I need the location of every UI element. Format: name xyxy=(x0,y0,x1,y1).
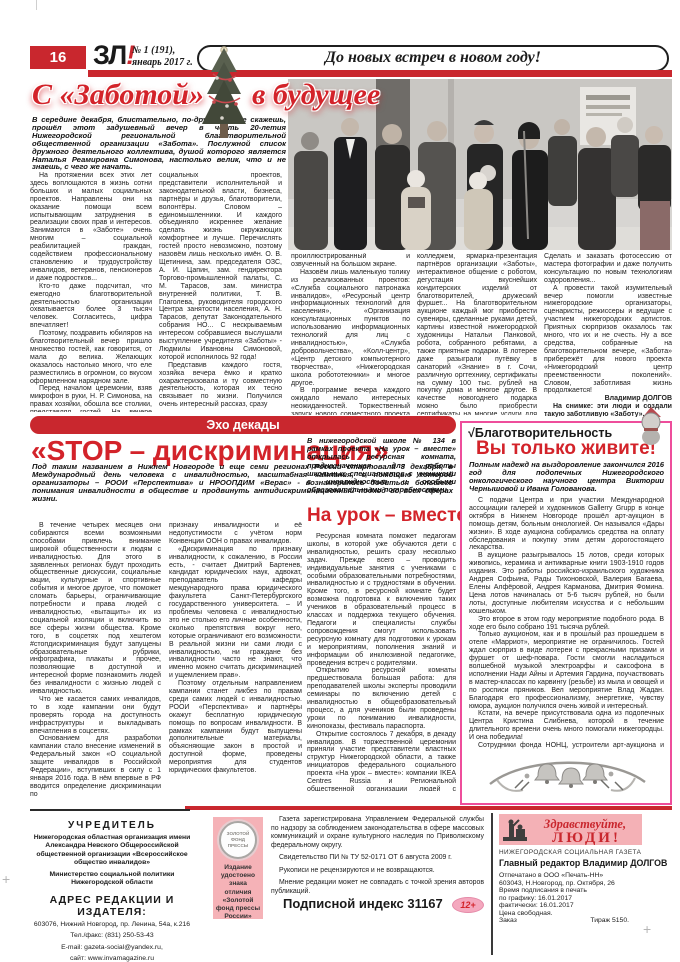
crop-mark: + xyxy=(2,872,10,886)
statue-icon xyxy=(502,817,528,842)
christmas-tree-icon xyxy=(200,44,248,146)
section-echo-banner: Эхо декады xyxy=(30,416,456,434)
article-urok-intro: В нижегородской школе № 134 в рамках про… xyxy=(307,437,456,494)
founder-block: УЧРЕДИТЕЛЬ Нижегородская областная орган… xyxy=(28,820,196,962)
header-banner: До новых встреч в новом году! xyxy=(197,45,669,72)
logo-accent: ! xyxy=(613,830,618,846)
article-zabota-title-part1: С «Заботой» xyxy=(32,80,204,110)
gold-press-badge: ЗОЛОТОЙ ФОНД ПРЕССЫ Издание удостоено зн… xyxy=(213,817,263,919)
manuscripts-text: Рукописи не рецензируются и не возвращаю… xyxy=(271,867,484,876)
article-urok-title: На урок – вместе xyxy=(307,506,467,525)
logo-line2: ЛЮДИ xyxy=(552,830,613,846)
header-rule xyxy=(88,70,672,77)
age-badge: 12+ xyxy=(452,897,484,913)
gold-press-badge-circle: ЗОЛОТОЙ ФОНД ПРЕССЫ xyxy=(219,821,257,859)
newspaper-tagline: НИЖЕГОРОДСКАЯ СОЦИАЛЬНАЯ ГАЗЕТА xyxy=(499,849,649,856)
article-zhivite-body: С подачи Центра и при участии Международ… xyxy=(469,497,664,749)
founder-lines: Нижегородская областная организация имен… xyxy=(28,834,196,888)
masthead-text: ЗЛ xyxy=(93,40,126,70)
article-urok-body: Ресурсная комната поможет педагогам школ… xyxy=(307,533,456,791)
gold-press-badge-label: Издание удостоено знака отличия «Золотой… xyxy=(213,864,263,922)
registration-block: Газета зарегистрирована Управлением Феде… xyxy=(271,816,484,901)
newspaper-page: 16 ЗЛ! № 1 (191), январь 2017 г. До новы… xyxy=(0,0,680,962)
article-zabota-col5: Сделать и заказать фотосессию от мастера… xyxy=(544,253,672,417)
issue-number: № 1 (191), xyxy=(132,45,202,57)
article-zabota-col1: На протяжении всех этих лет здесь воплощ… xyxy=(30,172,152,412)
crop-mark: + xyxy=(643,922,651,936)
order-label: Заказ xyxy=(499,917,517,924)
print-info: Отпечатано в ООО «Печать-НН»603043, Н.Но… xyxy=(499,872,642,918)
masthead-logo: ЗЛ! xyxy=(93,42,134,69)
article-zhivite-lead: Полным надежд на выздоровление закончилс… xyxy=(469,461,664,493)
bells-garland-icon xyxy=(485,752,650,800)
footer-divider xyxy=(491,813,493,955)
crop-mark xyxy=(36,0,37,10)
article-zabota-col4: колледжем, ярмарка-презентация партнёров… xyxy=(417,253,537,415)
issue-info: № 1 (191), январь 2017 г. xyxy=(132,45,202,69)
address-title: АДРЕС РЕДАКЦИИ И ИЗДАТЕЛЯ: xyxy=(28,894,196,918)
page-number: 16 xyxy=(30,46,86,69)
registration-text: Газета зарегистрирована Управлением Феде… xyxy=(271,816,484,850)
address-lines: 603076, Нижний Новгород, пр. Ленина, 54а… xyxy=(28,921,196,962)
opinion-text: Мнение редакции может не совпадать с точ… xyxy=(271,879,484,896)
footer-rule-black xyxy=(30,809,190,811)
article-zabota-title-part2: в будущее xyxy=(252,80,380,110)
certificate-text: Свидетельство ПИ № ТУ 52-0171 ОТ 6 авгус… xyxy=(271,854,484,863)
article-zabota-col3: проиллюстрированный и озвученный на боль… xyxy=(291,253,410,415)
subscription-index: Подписной индекс 31167 xyxy=(283,896,443,911)
circulation: Тираж 5150. xyxy=(590,917,629,924)
santa-character-icon xyxy=(634,406,668,446)
article-stop-col2: признаку инвалидности и её недопустимост… xyxy=(169,522,302,792)
issue-date: январь 2017 г. xyxy=(132,57,202,69)
footer-rule-red xyxy=(185,806,672,810)
editor-line: Главный редактор Владимир ДОЛГОВ xyxy=(499,858,674,868)
founder-title: УЧРЕДИТЕЛЬ xyxy=(28,820,196,831)
article-zabota-col2: социальных проектов, представители испол… xyxy=(159,172,282,412)
newspaper-logo: Здравствуйте, ЛЮДИ! xyxy=(499,814,642,845)
article-stop-col1: В течение четырех месяцев они собираются… xyxy=(30,522,161,804)
